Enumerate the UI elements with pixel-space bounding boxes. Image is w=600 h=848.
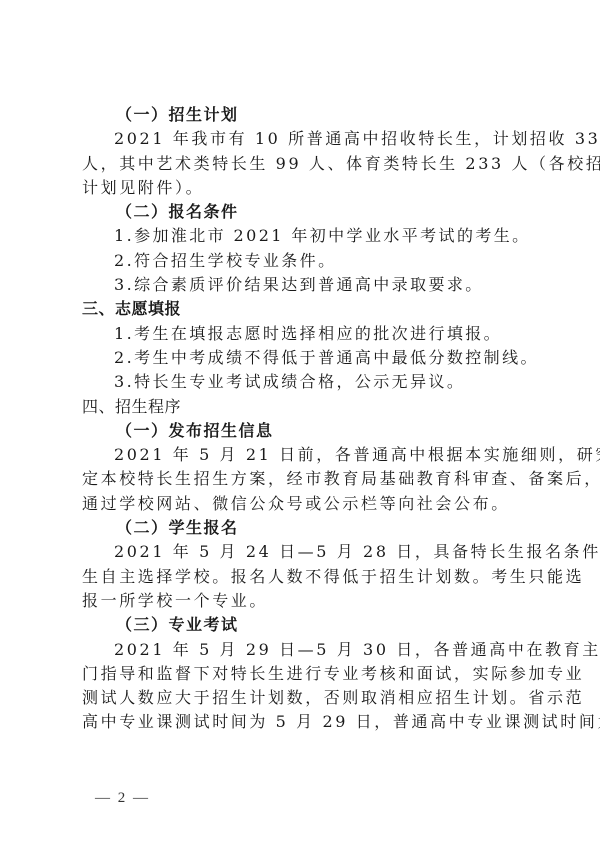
list-item: 3.综合素质评价结果达到普通高中录取要求。 [82, 273, 520, 297]
list-item: 1.考生在填报志愿时选择相应的批次进行填报。 [82, 322, 520, 346]
document-page: （一）招生计划 2021 年我市有 10 所普通高中招收特长生，计划招收 332… [82, 103, 520, 735]
paragraph-line: 报一所学校一个专业。 [82, 589, 520, 613]
section-heading-publish-info: （一）发布招生信息 [82, 419, 520, 443]
paragraph-line: 计划见附件）。 [82, 176, 520, 200]
section-heading-professional-exam: （三）专业考试 [82, 613, 520, 637]
paragraph-line: 通过学校网站、微信公众号或公示栏等向社会公布。 [82, 492, 520, 516]
section-heading-procedure: 四、招生程序 [82, 395, 520, 419]
paragraph-line: 门指导和监督下对特长生进行专业考核和面试，实际参加专业 [82, 662, 520, 686]
list-item: 3.特长生专业考试成绩合格，公示无异议。 [82, 370, 520, 394]
paragraph-line: 2021 年我市有 10 所普通高中招收特长生，计划招收 332 [82, 127, 520, 151]
list-item: 2.符合招生学校专业条件。 [82, 249, 520, 273]
paragraph-line: 人，其中艺术类特长生 99 人、体育类特长生 233 人（各校招生 [82, 152, 520, 176]
paragraph-line: 高中专业课测试时间为 5 月 29 日，普通高中专业课测试时间为 [82, 710, 520, 734]
list-item: 1.参加淮北市 2021 年初中学业水平考试的考生。 [82, 224, 520, 248]
list-item: 2.考生中考成绩不得低于普通高中最低分数控制线。 [82, 346, 520, 370]
section-heading-application: 三、志愿填报 [82, 297, 520, 321]
page-number: — 2 — [95, 790, 150, 807]
paragraph-line: 2021 年 5 月 29 日—5 月 30 日，各普通高中在教育主管部 [82, 638, 520, 662]
paragraph-line: 2021 年 5 月 21 日前，各普通高中根据本实施细则，研究制 [82, 443, 520, 467]
section-heading-student-registration: （二）学生报名 [82, 516, 520, 540]
paragraph-line: 2021 年 5 月 24 日—5 月 28 日，具备特长生报名条件的学 [82, 540, 520, 564]
section-heading-enrollment-plan: （一）招生计划 [82, 103, 520, 127]
section-heading-registration-conditions: （二）报名条件 [82, 200, 520, 224]
paragraph-line: 定本校特长生招生方案，经市教育局基础教育科审查、备案后， [82, 467, 520, 491]
paragraph-line: 测试人数应大于招生计划数，否则取消相应招生计划。省示范 [82, 686, 520, 710]
paragraph-line: 生自主选择学校。报名人数不得低于招生计划数。考生只能选 [82, 565, 520, 589]
